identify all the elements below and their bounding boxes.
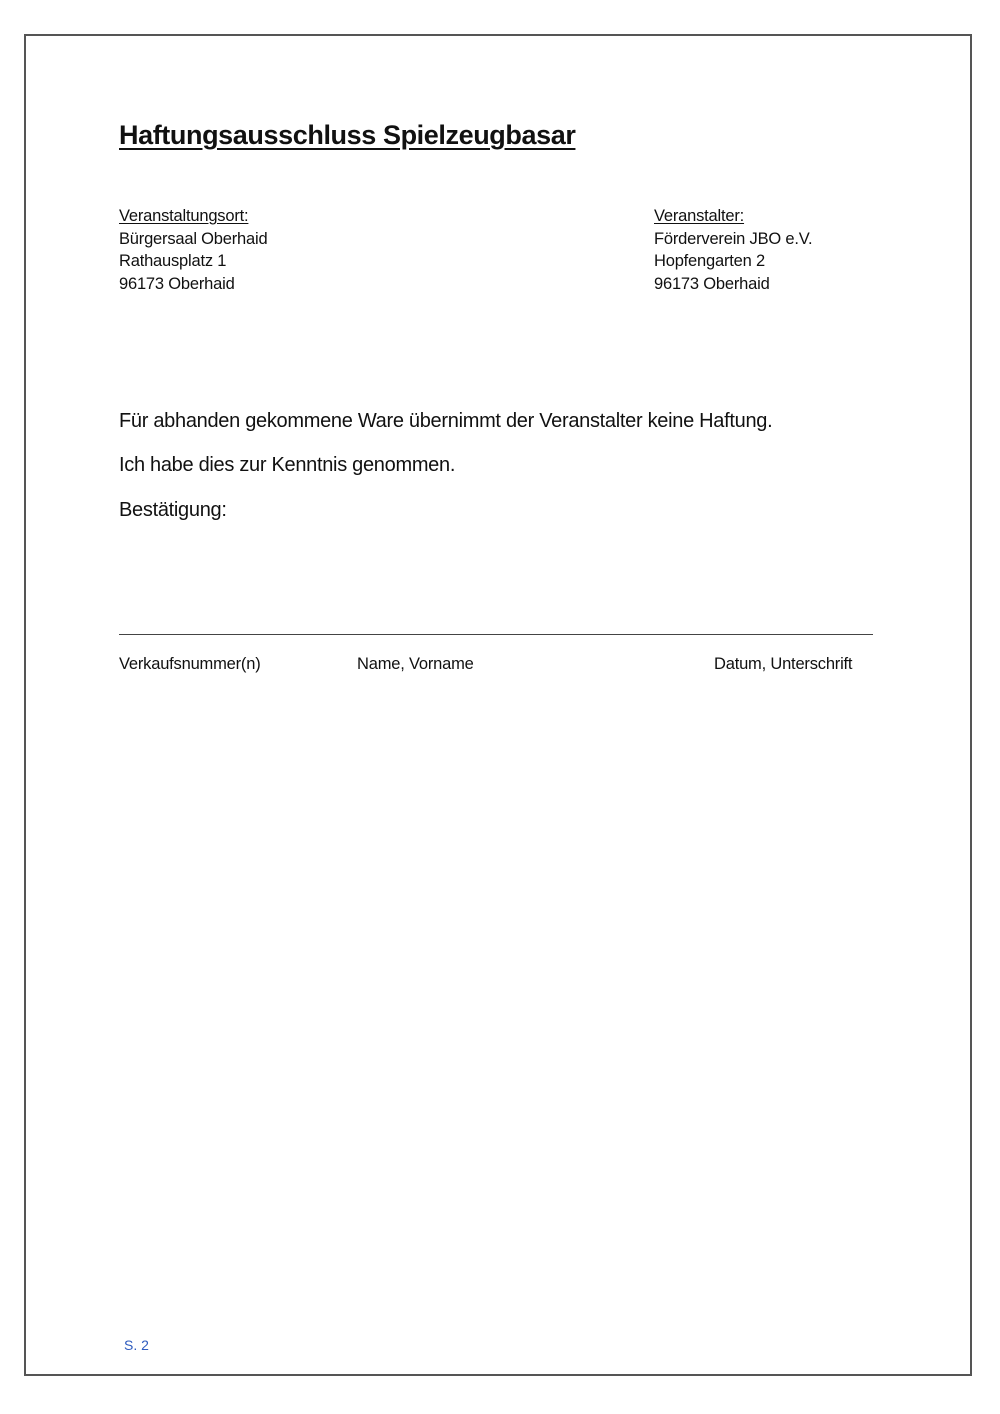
document-title: Haftungsausschluss Spielzeugbasar [119,120,575,151]
acknowledgement-text: Ich habe dies zur Kenntnis genommen. [119,454,455,477]
venue-heading: Veranstaltungsort: [119,205,267,228]
venue-line: 96173 Oberhaid [119,273,267,296]
signature-line [119,634,873,635]
confirmation-label: Bestätigung: [119,499,227,522]
organizer-heading: Veranstalter: [654,205,812,228]
venue-line: Bürgersaal Oberhaid [119,228,267,251]
organizer-address-block: Veranstalter: Förderverein JBO e.V. Hopf… [654,205,812,295]
date-signature-label: Datum, Unterschrift [714,655,852,674]
venue-address-block: Veranstaltungsort: Bürgersaal Oberhaid R… [119,205,267,295]
organizer-line: Hopfengarten 2 [654,250,812,273]
sales-number-label: Verkaufsnummer(n) [119,655,260,674]
organizer-line: 96173 Oberhaid [654,273,812,296]
organizer-line: Förderverein JBO e.V. [654,228,812,251]
page-number: S. 2 [124,1337,149,1353]
liability-statement: Für abhanden gekommene Ware übernimmt de… [119,410,772,433]
name-label: Name, Vorname [357,655,474,674]
venue-line: Rathausplatz 1 [119,250,267,273]
